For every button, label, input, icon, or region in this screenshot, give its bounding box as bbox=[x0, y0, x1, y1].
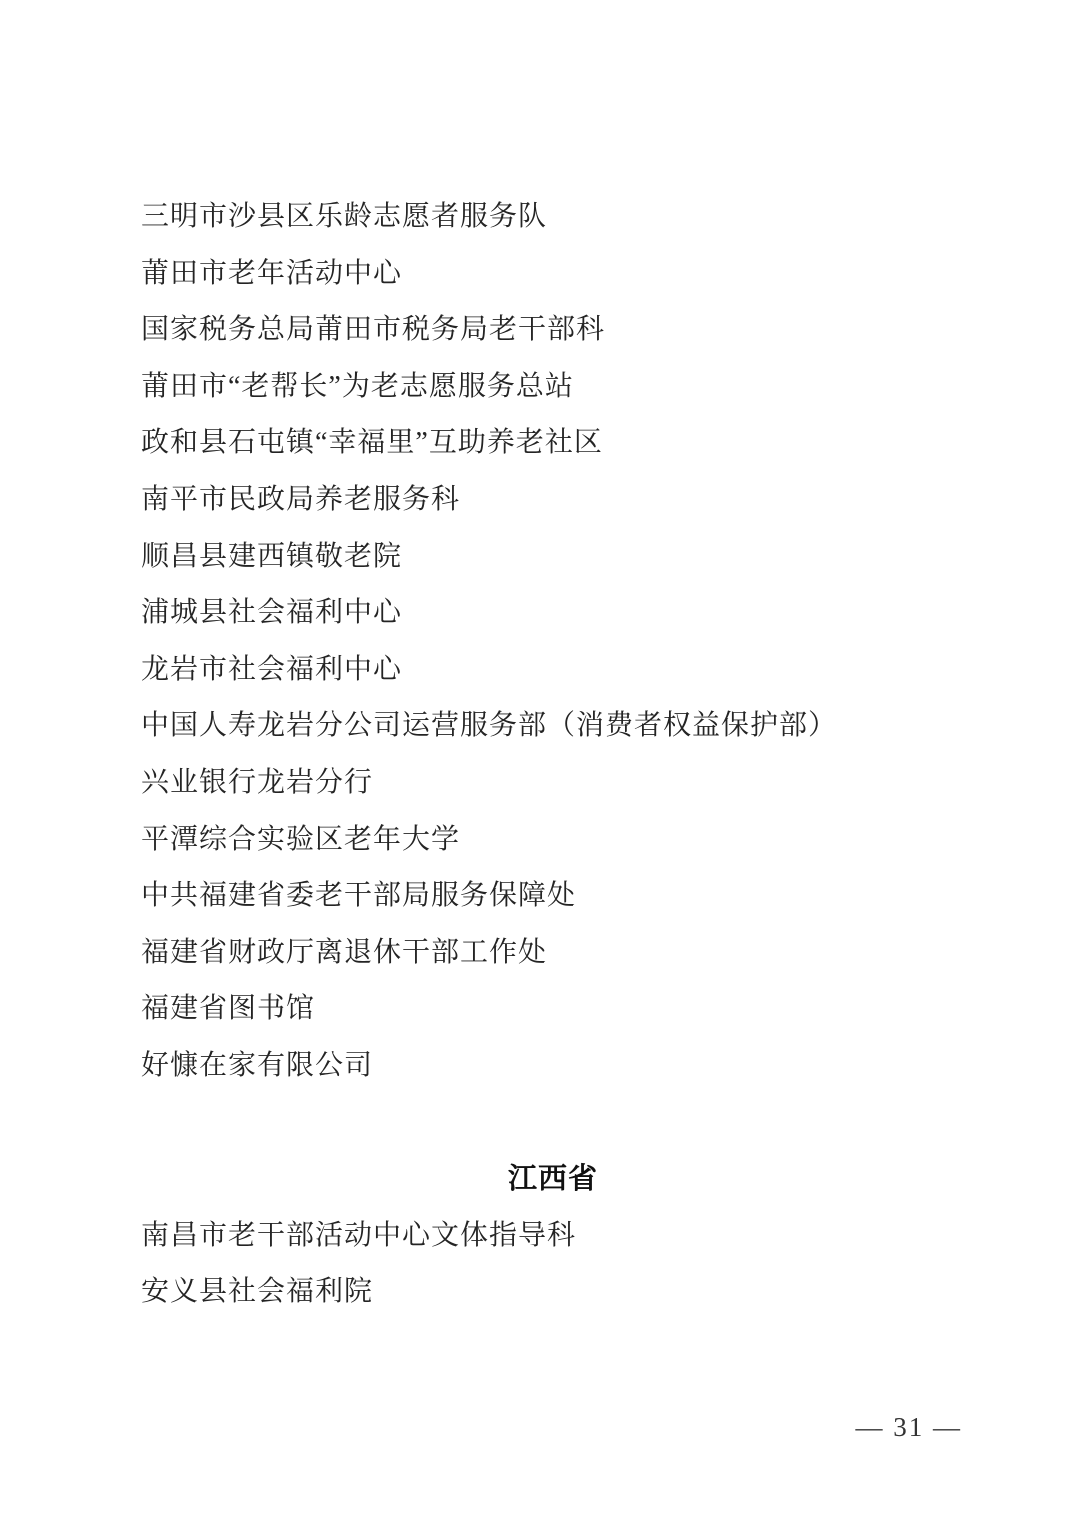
list-item: 兴业银行龙岩分行 bbox=[141, 755, 965, 812]
list-item: 浦城县社会福利中心 bbox=[141, 585, 965, 642]
award-list: 三明市沙县区乐龄志愿者服务队 莆田市老年活动中心 国家税务总局莆田市税务局老干部… bbox=[141, 189, 965, 1321]
list-item: 安义县社会福利院 bbox=[141, 1264, 965, 1321]
list-item: 国家税务总局莆田市税务局老干部科 bbox=[141, 302, 965, 359]
list-item: 福建省图书馆 bbox=[141, 981, 965, 1038]
list-item: 顺昌县建西镇敬老院 bbox=[141, 529, 965, 586]
list-item: 中共福建省委老干部局服务保障处 bbox=[141, 868, 965, 925]
page-number: — 31 — bbox=[856, 1412, 963, 1443]
list-item: 龙岩市社会福利中心 bbox=[141, 642, 965, 699]
list-item: 福建省财政厅离退休干部工作处 bbox=[141, 925, 965, 982]
list-item: 莆田市“老帮长”为老志愿服务总站 bbox=[141, 359, 965, 416]
list-item: 平潭综合实验区老年大学 bbox=[141, 812, 965, 869]
document-page: 三明市沙县区乐龄志愿者服务队 莆田市老年活动中心 国家税务总局莆田市税务局老干部… bbox=[0, 0, 1080, 1527]
list-item: 三明市沙县区乐龄志愿者服务队 bbox=[141, 189, 965, 246]
list-item: 政和县石屯镇“幸福里”互助养老社区 bbox=[141, 415, 965, 472]
list-item: 中国人寿龙岩分公司运营服务部（消费者权益保护部） bbox=[141, 698, 965, 755]
list-item: 南昌市老干部活动中心文体指导科 bbox=[141, 1208, 965, 1265]
section-heading-jiangxi: 江西省 bbox=[141, 1151, 965, 1208]
list-item: 好慷在家有限公司 bbox=[141, 1038, 965, 1095]
list-item: 莆田市老年活动中心 bbox=[141, 246, 965, 303]
list-item: 南平市民政局养老服务科 bbox=[141, 472, 965, 529]
